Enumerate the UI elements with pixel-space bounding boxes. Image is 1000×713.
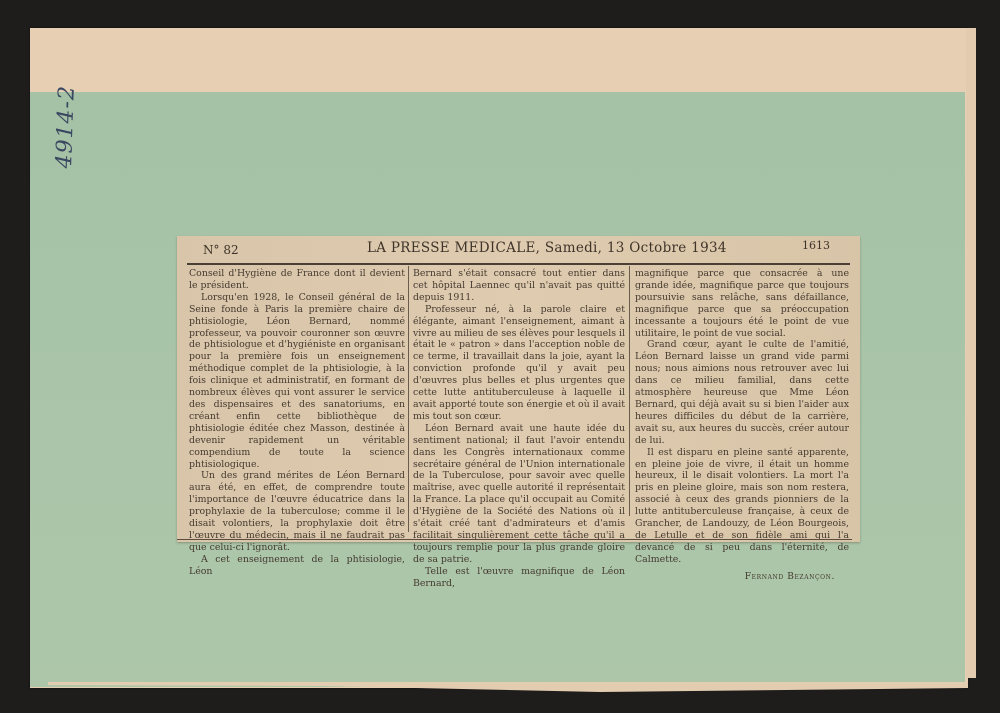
paragraph: Bernard s'était consacré tout entier dan… <box>413 268 625 304</box>
paragraph: Il est disparu en pleine santé apparente… <box>635 447 849 566</box>
paragraph: Léon Bernard avait une haute idée du sen… <box>413 423 625 566</box>
header-rule <box>187 263 850 265</box>
clipping-header: N° 82 LA PRESSE MEDICALE, Samedi, 13 Oct… <box>177 236 860 258</box>
column-divider <box>629 266 630 516</box>
paragraph: Grand cœur, ayant le culte de l'amitié, … <box>635 339 849 446</box>
paragraph: A cet enseignement de la phtisiologie, L… <box>189 554 405 578</box>
publication-title: LA PRESSE MEDICALE, Samedi, 13 Octobre 1… <box>367 240 727 256</box>
author-signature: Fernand Bezançon. <box>635 572 849 584</box>
paragraph: magnifique parce que consacrée à une gra… <box>635 268 849 339</box>
paragraph: Professeur né, à la parole claire et élé… <box>413 304 625 423</box>
newspaper-clipping: N° 82 LA PRESSE MEDICALE, Samedi, 13 Oct… <box>177 236 860 542</box>
backing-sheet-edge <box>966 28 976 678</box>
column-divider <box>408 266 409 532</box>
article-column-1: Conseil d'Hygiène de France dont il devi… <box>189 268 405 578</box>
handwritten-catalog-number: 4914-2 <box>52 85 80 169</box>
page-number: 1613 <box>802 239 830 252</box>
article-column-2: Bernard s'était consacré tout entier dan… <box>413 268 625 589</box>
bottom-rule <box>177 539 852 541</box>
article-column-3: magnifique parce que consacrée à une gra… <box>635 268 849 584</box>
paragraph: Telle est l'œuvre magnifique de Léon Ber… <box>413 566 625 590</box>
issue-number: N° 82 <box>203 243 239 257</box>
paragraph: Un des grand mérites de Léon Bernard aur… <box>189 470 405 553</box>
paragraph: Conseil d'Hygiène de France dont il devi… <box>189 268 405 292</box>
paragraph: Lorsqu'en 1928, le Conseil général de la… <box>189 292 405 471</box>
